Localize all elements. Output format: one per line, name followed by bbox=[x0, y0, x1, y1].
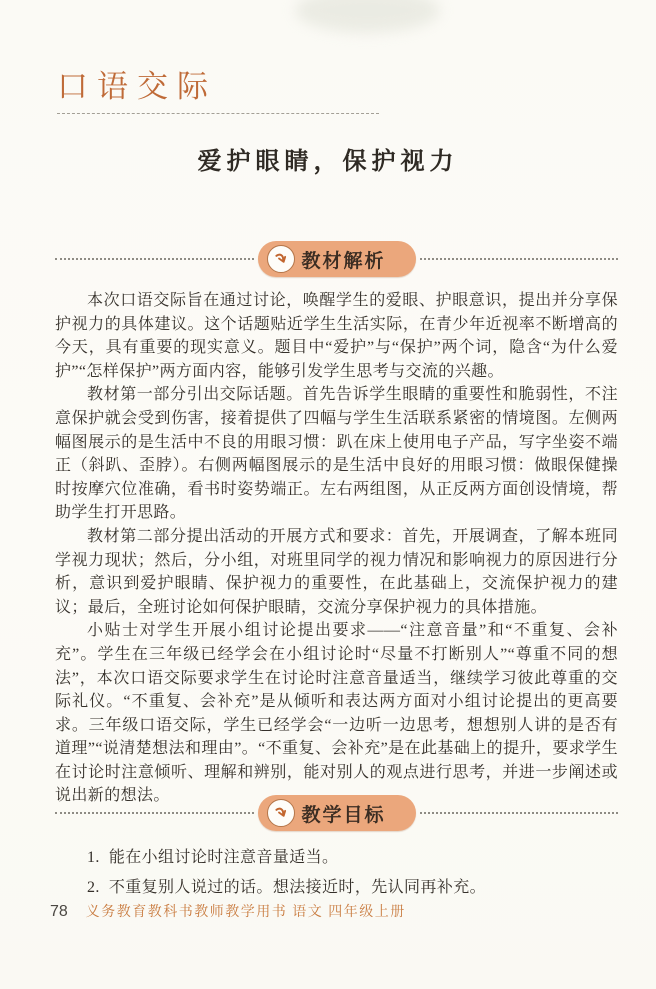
page-footer: 78 义务教育教科书教师教学用书 语文 四年级上册 bbox=[50, 901, 406, 921]
objective-text: 不重复别人说过的话。想法接近时，先认同再补充。 bbox=[109, 877, 486, 899]
badge-label-analysis: 教材解析 bbox=[302, 246, 386, 273]
objective-item: 1. 能在小组讨论时注意音量适当。 bbox=[55, 847, 618, 869]
analysis-paragraph: 教材第一部分引出交际话题。首先告诉学生眼睛的重要性和脆弱性，不注意保护就会受到伤… bbox=[55, 383, 618, 525]
scan-smudge bbox=[295, 0, 440, 33]
unit-section-label: 口语交际 bbox=[57, 68, 217, 106]
section-badge-row-analysis: 教材解析 bbox=[55, 240, 618, 278]
book-title: 义务教育教科书教师教学用书 语文 四年级上册 bbox=[86, 901, 406, 921]
section-label-rule bbox=[57, 113, 379, 114]
page-number: 78 bbox=[50, 903, 68, 921]
arrow-down-right-icon bbox=[267, 799, 295, 827]
section-badge-row-objectives: 教学目标 bbox=[55, 794, 618, 832]
badge-label-objectives: 教学目标 bbox=[302, 800, 386, 827]
dashed-rule-right bbox=[420, 812, 619, 814]
objectives-list: 1. 能在小组讨论时注意音量适当。 2. 不重复别人说过的话。想法接近时，先认同… bbox=[55, 847, 618, 907]
analysis-body: 本次口语交际旨在通过讨论，唤醒学生的爱眼、护眼意识，提出并分享保护视力的具体建议… bbox=[55, 289, 618, 808]
arrow-down-right-icon bbox=[267, 245, 295, 273]
objective-number: 2. bbox=[87, 877, 100, 899]
lesson-title: 爱护眼睛，保护视力 bbox=[0, 141, 656, 176]
objective-text: 能在小组讨论时注意音量适当。 bbox=[109, 847, 339, 869]
dashed-rule-left bbox=[55, 812, 254, 814]
dashed-rule-right bbox=[420, 258, 619, 260]
textbook-analysis-badge: 教材解析 bbox=[258, 241, 416, 277]
teaching-objectives-badge: 教学目标 bbox=[258, 795, 416, 831]
analysis-paragraph: 教材第二部分提出活动的开展方式和要求：首先，开展调查，了解本班同学视力现状；然后… bbox=[55, 525, 618, 619]
analysis-paragraph: 本次口语交际旨在通过讨论，唤醒学生的爱眼、护眼意识，提出并分享保护视力的具体建议… bbox=[55, 289, 618, 383]
analysis-paragraph: 小贴士对学生开展小组讨论提出要求——“注意音量”和“不重复、会补充”。学生在三年… bbox=[55, 619, 618, 808]
dashed-rule-left bbox=[55, 258, 254, 260]
objective-item: 2. 不重复别人说过的话。想法接近时，先认同再补充。 bbox=[55, 877, 618, 899]
textbook-page: 口语交际 爱护眼睛，保护视力 教材解析 本次口语交际旨在通过讨论，唤醒学生的爱眼… bbox=[0, 0, 656, 989]
objective-number: 1. bbox=[87, 847, 100, 869]
